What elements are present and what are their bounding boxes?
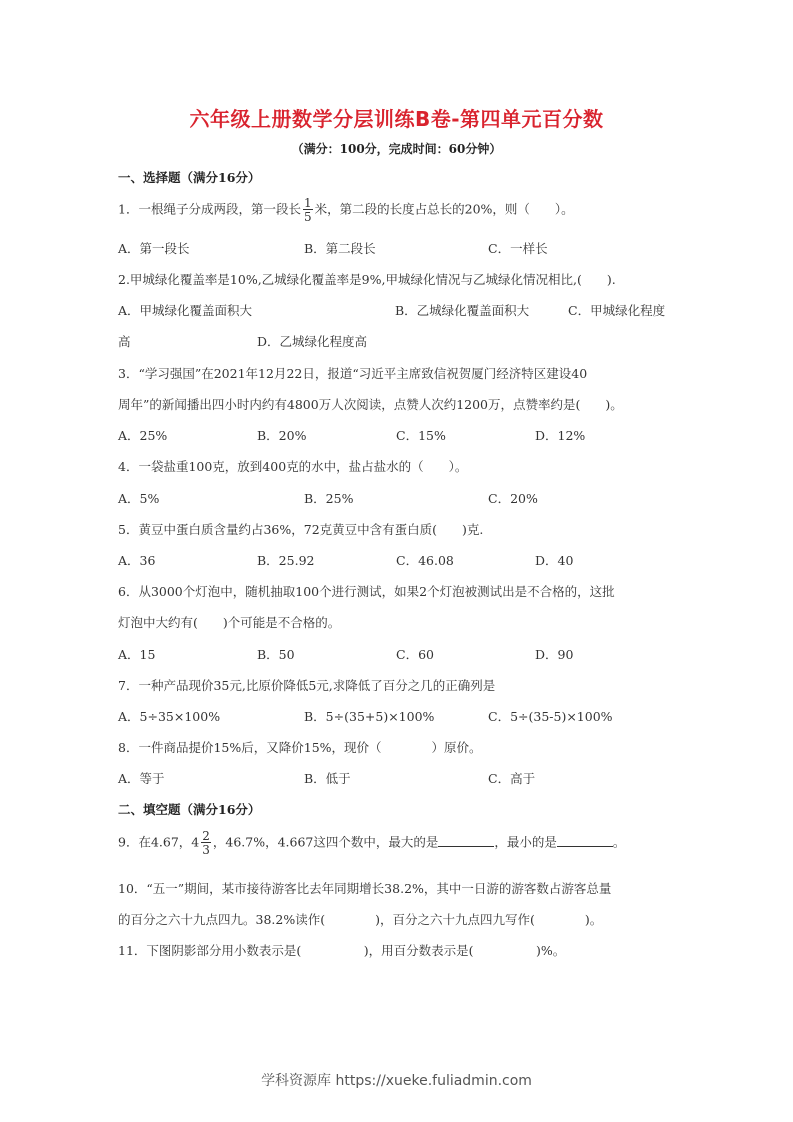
q1-option-c: C．一样长 [488,239,548,257]
q4-option-b: B．25% [304,489,353,507]
q1-option-b: B．第二段长 [304,239,376,257]
q6-option-c: C．60 [396,645,434,663]
answer-blank-largest[interactable] [438,834,494,847]
footer-watermark: 学科资源库 https://xueke.fuliadmin.com [0,1070,793,1090]
answer-blank-smallest[interactable] [557,834,613,847]
q6-option-d: D．90 [535,645,573,663]
question-9-prefix: 9．在4.67， [118,835,191,850]
fraction-two-thirds: 23 [201,830,211,856]
q7-option-a: A．5÷35×100% [118,707,220,725]
question-9-mid2: ，最小的是 [494,835,557,850]
question-9-middle: ，46.7%，4.667这四个数中，最大的是 [213,835,439,850]
q2-option-a: A．甲城绿化覆盖面积大 [118,301,252,319]
q7-option-b: B．5÷(35+5)×100% [304,707,434,725]
question-7: 7．一种产品现价35元,比原价降低5元,求降低了百分之几的正确列是 [118,676,495,694]
question-9-end: 。 [613,835,626,850]
mixed-number-whole: 4 [191,835,199,850]
q7-option-c: C．5÷(35-5)×100% [488,707,613,725]
q8-option-c: C．高于 [488,769,535,787]
question-10-line-2: 的百分之六十九点四九。38.2%读作( )，百分之六十九点四九写作( )。 [118,910,602,928]
question-6-line-2: 灯泡中大约有( )个可能是不合格的。 [118,613,340,631]
question-1-prefix: 1．一根绳子分成两段，第一段长 [118,202,301,217]
question-11: 11．下图阴影部分用小数表示是( )，用百分数表示是( )%。 [118,941,565,959]
q8-option-b: B．低于 [304,769,351,787]
q3-option-a: A．25% [118,426,167,444]
q5-option-d: D．40 [535,551,573,569]
q3-option-c: C．15% [396,426,446,444]
question-6-line-1: 6．从3000个灯泡中，随机抽取100个进行测试，如果2个灯泡被测试出是不合格的… [118,582,615,600]
question-8: 8．一件商品提价15%后，又降价15%，现价（ ）原价。 [118,738,482,756]
q8-option-a: A．等于 [118,769,165,787]
q2-option-d: D．乙城绿化程度高 [257,332,367,350]
question-2: 2.甲城绿化覆盖率是10%,乙城绿化覆盖率是9%,甲城绿化情况与乙城绿化情况相比… [118,270,616,288]
q5-option-a: A．36 [118,551,155,569]
fraction-one-fifth: 15 [303,197,313,223]
question-3-line-2: 周年”的新闻播出四小时内约有4800万人次阅读，点赞人次约1200万，点赞率约是… [118,395,623,413]
q3-option-b: B．20% [257,426,306,444]
document-subtitle: （满分：100分，完成时间：60分钟） [0,140,793,157]
q1-option-a: A．第一段长 [118,239,190,257]
section-heading-choice: 一、选择题（满分16分） [118,168,260,186]
q2-option-c-wrap: 高 [118,332,131,350]
question-1: 1．一根绳子分成两段，第一段长15米，第二段的长度占总长的20%，则（ ）。 [118,197,574,223]
question-1-suffix: 米，第二段的长度占总长的20%，则（ ）。 [315,202,574,217]
question-4: 4．一袋盐重100克，放到400克的水中，盐占盐水的（ ）。 [118,457,467,475]
question-3-line-1: 3．“学习强国”在2021年12月22日，报道“习近平主席致信祝贺厦门经济特区建… [118,364,587,382]
question-5: 5．黄豆中蛋白质含量约占36%，72克黄豆中含有蛋白质( )克. [118,520,483,538]
q2-option-b: B．乙城绿化覆盖面积大 [395,301,529,319]
document-title: 六年级上册数学分层训练B卷-第四单元百分数 [0,103,793,132]
q5-option-b: B．25.92 [257,551,314,569]
q4-option-a: A．5% [118,489,159,507]
section-heading-fill-in: 二、填空题（满分16分） [118,800,260,818]
q6-option-b: B．50 [257,645,295,663]
question-10-line-1: 10．“五一”期间，某市接待游客比去年同期增长38.2%，其中一日游的游客数占游… [118,879,611,897]
question-9: 9．在4.67，423，46.7%，4.667这四个数中，最大的是，最小的是。 [118,830,625,856]
q6-option-a: A．15 [118,645,155,663]
q2-option-c: C．甲城绿化程度 [568,301,665,319]
q3-option-d: D．12% [535,426,585,444]
q4-option-c: C．20% [488,489,538,507]
q5-option-c: C．46.08 [396,551,454,569]
